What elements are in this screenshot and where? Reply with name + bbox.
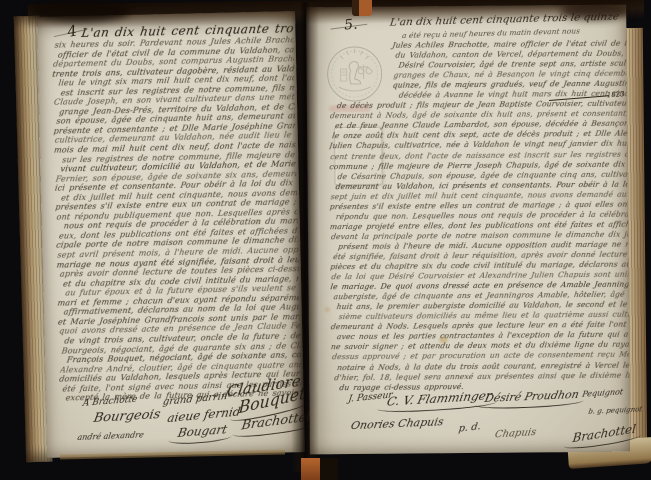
spine-tab-top (352, 0, 372, 16)
handwritten-text-left: L'an dix huit cent cinquante trois le vi… (51, 22, 302, 405)
burn-mark (30, 0, 130, 22)
signature: Bougart (177, 422, 229, 440)
spine-tab-bottom (301, 458, 320, 480)
act-subheader: a été reçu à neuf heures du matin devant… (401, 26, 580, 40)
signature: Pequignot (581, 387, 623, 399)
margin-note: 1823 (607, 90, 625, 99)
signature: aieue fernid (166, 404, 241, 425)
spine-gap (320, 458, 338, 480)
burn-mark (560, 2, 630, 20)
register-page-right: 5. L'an dix huit cent cinquante trois le… (306, 5, 630, 455)
page-number-right: 5. (344, 17, 359, 34)
register-page-left: 4 L'an dix huit cent cinquante trois le … (37, 11, 305, 458)
signature: andré alexandre (77, 430, 145, 442)
page-number-left: 4 (66, 22, 78, 41)
paper-stain (325, 307, 330, 312)
signature: Onories Chapuis (350, 415, 445, 432)
signature: Chapuis (494, 427, 537, 441)
signature: p. d. (458, 421, 482, 435)
signature: Bourgeois (92, 407, 161, 426)
signature: Désiré Proudhon (484, 388, 581, 405)
signature: Brachottel (572, 421, 637, 445)
handwritten-text-right: Jules Achiles Brachotte, maire officier … (328, 39, 629, 394)
register-photo: 4 L'an dix huit cent cinquante trois le … (0, 0, 651, 480)
